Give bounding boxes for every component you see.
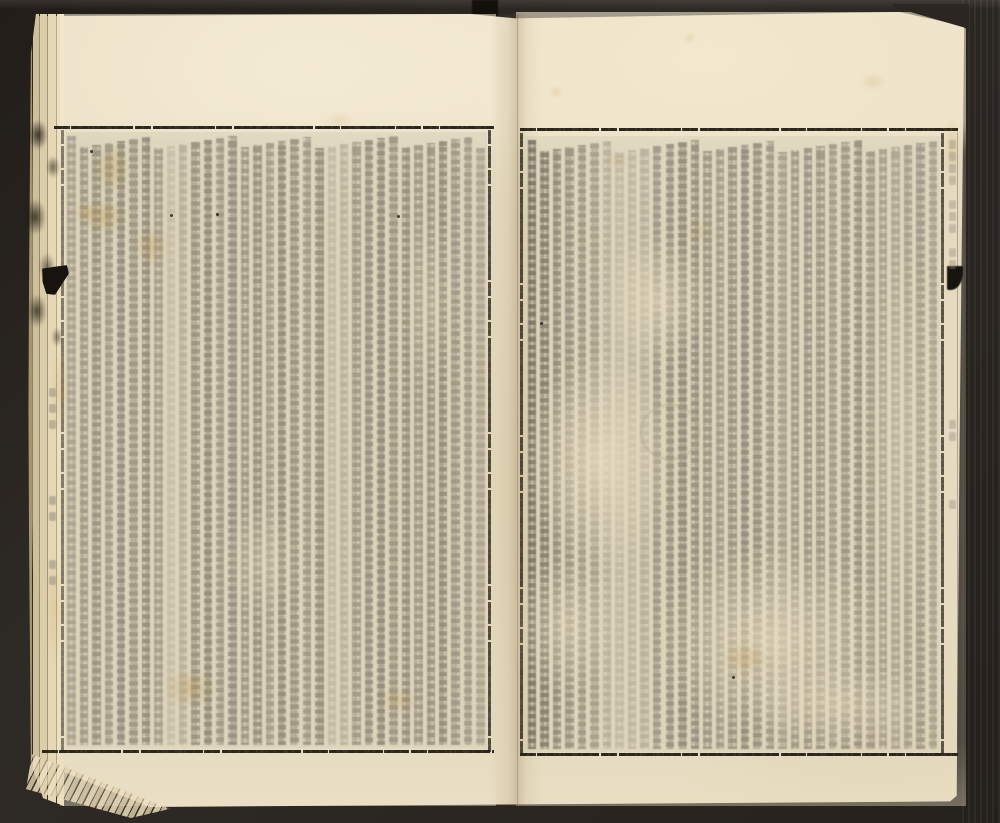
showthrough-column [253,145,261,745]
left-margin-character-mark [49,560,56,569]
showthrough-column [389,136,397,745]
showthrough-column [266,143,274,745]
showthrough-column [328,146,336,745]
ink-speck [170,214,173,217]
showthrough-column [352,142,360,745]
left-margin-character-mark [49,388,56,397]
left-frame-bottom-rule [42,750,494,753]
ink-speck [540,322,543,325]
foxing-stain [861,74,885,90]
left-frame-top-rule [54,126,494,129]
ink-speck [90,150,93,153]
paper-wash [400,210,460,390]
right-margin-character-mark [949,420,956,429]
showthrough-column [365,140,373,745]
showthrough-column [129,139,137,745]
right-page-edge-line [957,132,958,746]
paper-wash [525,350,675,570]
ink-speck [397,215,400,218]
right-frame-top-rule [520,128,958,131]
showthrough-column [80,147,88,745]
showthrough-column [179,144,187,745]
showthrough-column [241,147,249,745]
foxing-stain [608,152,628,168]
paper-wash [865,240,945,620]
left-frame-right-rule [488,128,491,752]
showthrough-column [191,142,199,745]
showthrough-column [167,146,175,745]
right-margin-character-mark [949,260,956,269]
right-margin-character-mark [949,164,956,173]
foxing-stain [685,34,695,42]
watermark-ring [640,404,700,460]
left-margin-character-mark [49,420,56,429]
right-margin-character-mark [949,200,956,209]
showthrough-column [117,141,125,745]
showthrough-column [303,137,311,745]
showthrough-column [228,136,236,745]
foxing-stain [74,202,98,222]
showthrough-column [278,141,286,745]
foxing-stain [326,112,354,128]
paper-wash [600,235,710,365]
right-margin-character-mark [949,212,956,221]
left-margin-character-mark [49,496,56,505]
right-margin-character-mark [949,176,956,185]
right-margin-character-mark [949,224,956,233]
showthrough-column [204,140,212,745]
showthrough-column [315,148,323,745]
backdrop-top-band [0,0,1000,9]
ink-speck [216,213,219,216]
showthrough-column [340,144,348,745]
ink-smudges-left-edge [26,105,72,353]
right-margin-character-mark [949,500,956,509]
photo-background [0,0,1000,823]
paper-wash [222,500,302,620]
left-margin-character-mark [49,404,56,413]
right-margin-character-mark [949,248,956,257]
right-margin-character-mark [949,152,956,161]
right-frame-bottom-rule [520,753,958,756]
showthrough-column [451,139,459,745]
foxing-stain [136,226,168,266]
foxing-stain [944,116,960,184]
right-margin-character-mark [949,432,956,441]
foxing-stain [378,686,418,714]
foxing-stain [164,670,216,706]
left-margin-character-mark [49,576,56,585]
showthrough-column [464,137,472,745]
right-margin-character-mark [949,140,956,149]
showthrough-column [216,138,224,745]
showthrough-column [377,138,385,745]
showthrough-column [476,148,484,745]
foxing-stain [92,142,132,194]
backdrop-streaks [962,0,1000,823]
foxing-stain [550,87,562,97]
showthrough-column [92,145,100,745]
ink-speck [732,676,735,679]
left-margin-character-mark [49,512,56,521]
paper-wash [510,555,620,695]
foxing-stain [721,642,769,674]
paper-wash [750,663,930,747]
showthrough-column [290,139,298,745]
foxing-stain [684,220,716,244]
